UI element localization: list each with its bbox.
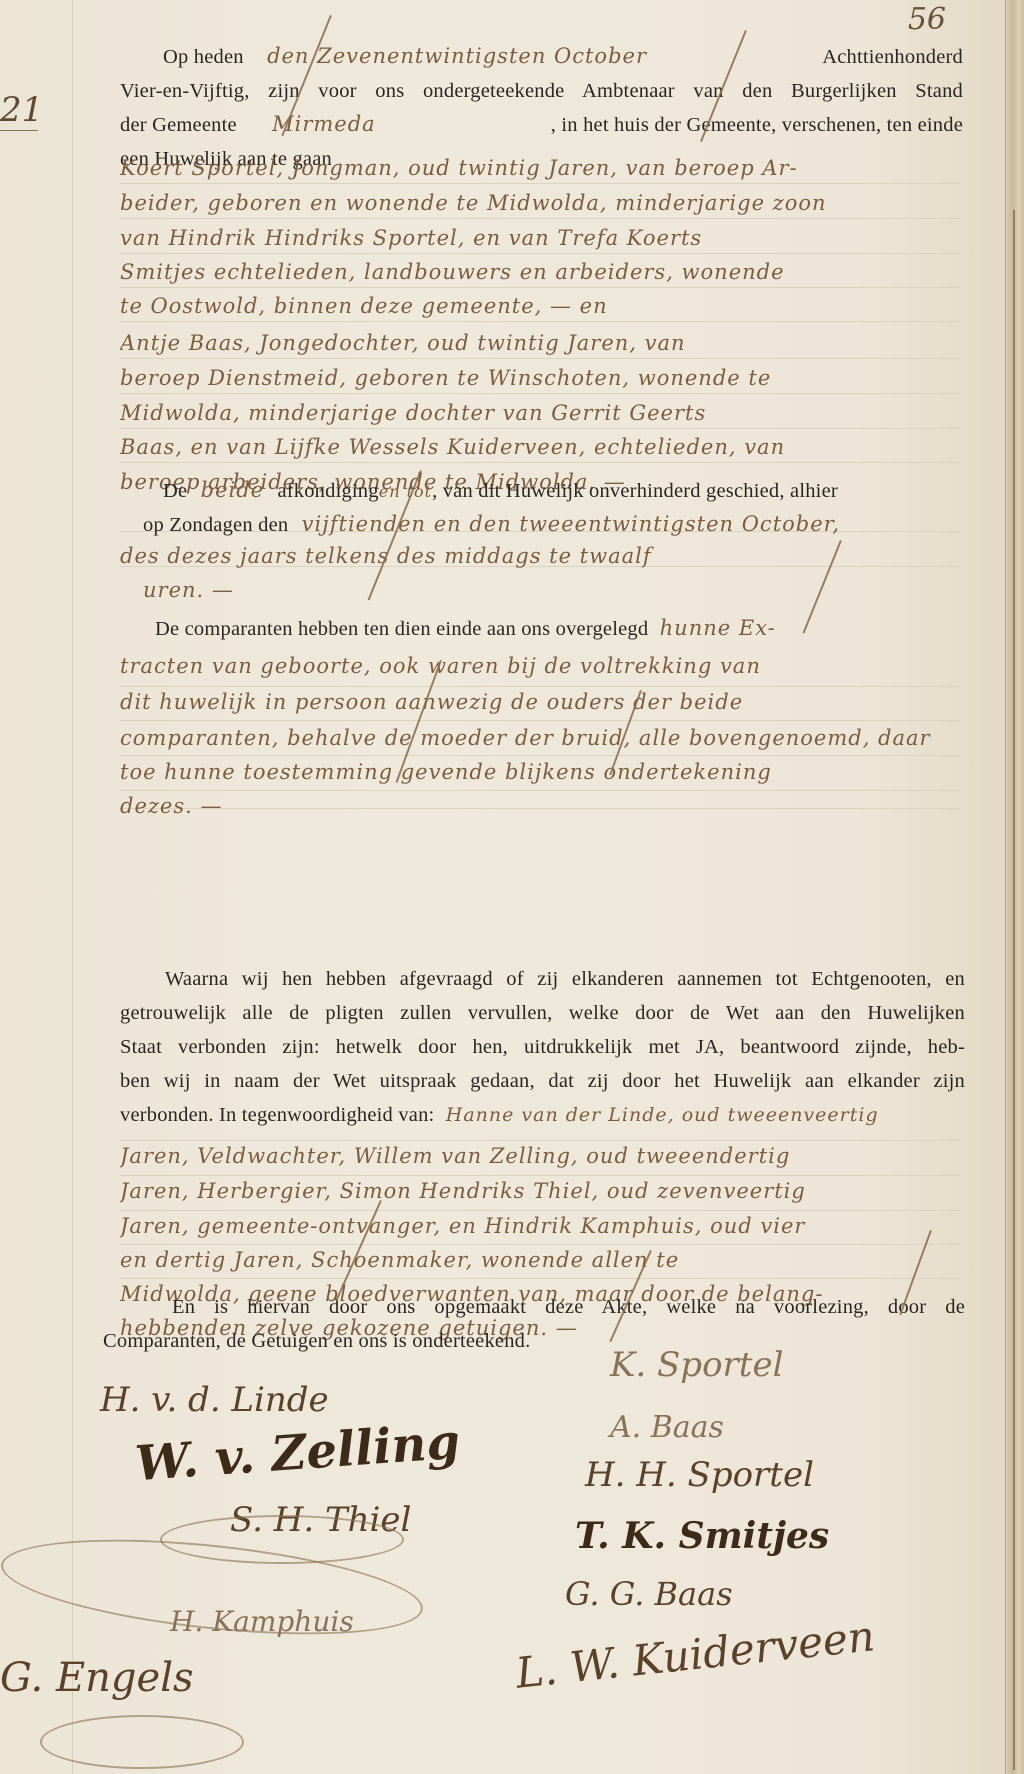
witness-line: Jaren, Veldwachter, Willem van Zelling, … bbox=[120, 1140, 960, 1173]
witness-line: Jaren, gemeente-ontvanger, en Hindrik Ka… bbox=[120, 1210, 960, 1243]
documents-hand-line: toe hunne toestemming gevende blijkens o… bbox=[120, 756, 960, 789]
closing-line-1: En is hiervan door ons opgemaakt deze Ak… bbox=[172, 1290, 965, 1324]
signature-baas-antje: A. Baas bbox=[610, 1410, 724, 1445]
vows-line-3: Staat verbonden zijn: hetwelk door hen, … bbox=[120, 1030, 965, 1064]
banns-line-2: op Zondagen den vijftienden en den tweee… bbox=[143, 508, 963, 542]
printed-text: op Zondagen den bbox=[143, 514, 288, 536]
handwritten-insert: en tot bbox=[379, 482, 432, 501]
document-page: 56 21 Op heden den Zevenentwintigsten Oc… bbox=[0, 0, 1006, 1774]
printed-text: verbonden. In tegenwoordigheid van: bbox=[120, 1104, 434, 1126]
ruled-line bbox=[120, 720, 960, 721]
vows-line-5: verbonden. In tegenwoordigheid van: Hann… bbox=[120, 1098, 965, 1132]
handwritten-dates: vijftienden en den tweeentwintigsten Oct… bbox=[302, 512, 840, 536]
documents-hand-line: dezes. — bbox=[120, 790, 960, 823]
bride-line: Antje Baas, Jongedochter, oud twintig Ja… bbox=[120, 327, 960, 360]
page-number: 56 bbox=[908, 2, 946, 37]
printed-text: , in het huis der Gemeente, verschenen, … bbox=[551, 108, 963, 142]
intro-line-2: Vier-en-Vijftig, zijn voor ons ondergete… bbox=[120, 74, 963, 108]
margin-record-number: 21 bbox=[0, 90, 43, 130]
handwritten-insert: hunne Ex- bbox=[660, 616, 776, 640]
documents-hand-line: tracten van geboorte, ook waren bij de v… bbox=[120, 650, 960, 683]
signature-baas-gerrit: G. G. Baas bbox=[565, 1575, 733, 1613]
printed-text: De comparanten hebben ten dien einde aan… bbox=[155, 618, 648, 640]
documents-hand-line: dit huwelijk in persoon aanwezig de oude… bbox=[120, 686, 960, 719]
bride-line: Baas, en van Lijfke Wessels Kuiderveen, … bbox=[120, 431, 960, 464]
documents-line-1: De comparanten hebben ten dien einde aan… bbox=[155, 612, 965, 646]
handwritten-insert: beide bbox=[201, 478, 264, 502]
book-binding-edge bbox=[1005, 0, 1024, 1774]
vows-line-1: Waarna wij hen hebben afgevraagd of zij … bbox=[165, 962, 965, 996]
printed-text: Op heden bbox=[163, 46, 244, 68]
witness-line: Jaren, Herbergier, Simon Hendriks Thiel,… bbox=[120, 1175, 960, 1208]
margin-number-underline bbox=[0, 130, 38, 131]
printed-text: Achttienhonderd bbox=[822, 40, 963, 74]
intro-line-1: Op heden den Zevenentwintigsten October … bbox=[163, 40, 963, 74]
signature-zelling: W. v. Zelling bbox=[133, 1414, 461, 1493]
groom-line: van Hindrik Hindriks Sportel, en van Tre… bbox=[120, 222, 960, 255]
groom-line: te Oostwold, binnen deze gemeente, — en bbox=[120, 290, 960, 323]
printed-text: der Gemeente bbox=[120, 114, 237, 136]
banns-hand-line: uren. — bbox=[143, 574, 983, 607]
bride-line: Midwolda, minderjarige dochter van Gerri… bbox=[120, 397, 960, 430]
groom-line: Koert Sportel, Jongman, oud twintig Jare… bbox=[120, 152, 960, 185]
signature-flourish bbox=[40, 1715, 244, 1769]
binding-rule bbox=[1013, 210, 1015, 1770]
printed-text: afkondiging bbox=[277, 480, 378, 502]
handwritten-date: den Zevenentwintigsten October bbox=[267, 44, 647, 68]
witness-line: en dertig Jaren, Schoenmaker, wonende al… bbox=[120, 1244, 960, 1277]
handwritten-witness: Hanne van der Linde, oud tweeenveertig bbox=[446, 1104, 879, 1126]
margin-rule bbox=[72, 0, 73, 1774]
closing-line-2: Comparanten, de Getuigen en ons is onder… bbox=[103, 1324, 530, 1358]
groom-line: Smitjes echtelieden, landbouwers en arbe… bbox=[120, 256, 960, 289]
printed-text: De bbox=[163, 480, 187, 502]
signature-flourish bbox=[160, 1515, 404, 1564]
bride-line: beroep Dienstmeid, geboren te Winschoten… bbox=[120, 362, 960, 395]
groom-line: beider, geboren en wonende te Midwolda, … bbox=[120, 187, 960, 220]
signature-sportel-koert: K. Sportel bbox=[610, 1345, 783, 1385]
signature-sportel-hindrik: H. H. Sportel bbox=[585, 1455, 814, 1495]
banns-line-1: De beide afkondigingen tot, van dit Huwe… bbox=[163, 474, 963, 508]
signature-kuiderveen: L. W. Kuiderveen bbox=[513, 1611, 877, 1697]
documents-hand-line: comparanten, behalve de moeder der bruid… bbox=[120, 722, 960, 755]
printed-text: , van dit Huwelijk onverhinderd geschied… bbox=[432, 480, 838, 502]
vows-line-2: getrouwelijk alle de pligten zullen verv… bbox=[120, 996, 965, 1030]
signature-kamphuis: H. Kamphuis bbox=[170, 1605, 354, 1638]
signature-engels: G. Engels bbox=[0, 1655, 194, 1701]
signature-smitjes: T. K. Smitjes bbox=[575, 1515, 829, 1557]
intro-line-3: der Gemeente Mirmeda , in het huis der G… bbox=[120, 108, 963, 142]
signature-linde: H. v. d. Linde bbox=[100, 1380, 329, 1420]
vows-line-4: ben wij in naam der Wet uitspraak gedaan… bbox=[120, 1064, 965, 1098]
